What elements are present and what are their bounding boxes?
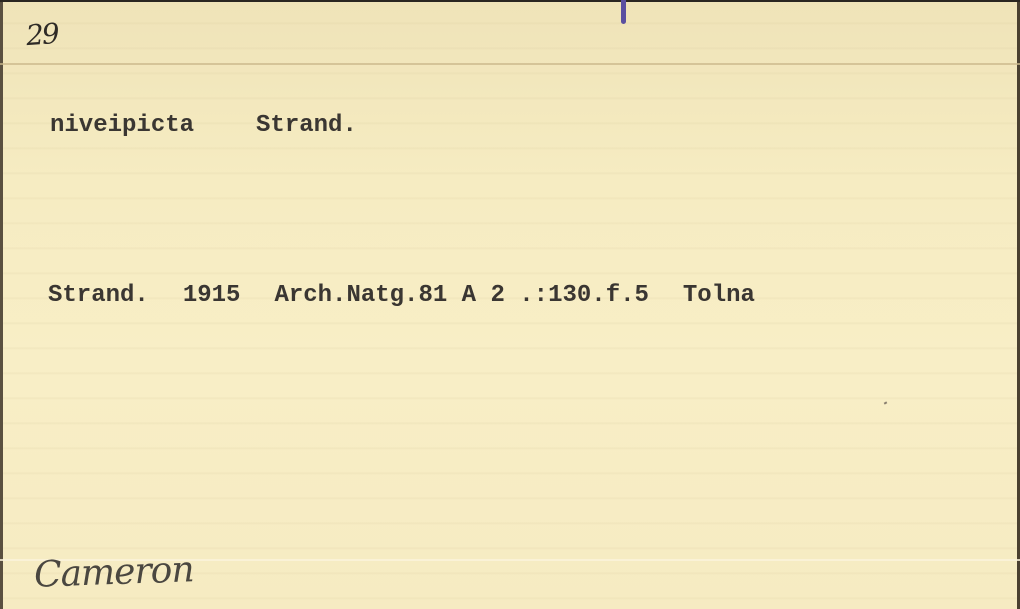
marker-tab xyxy=(621,0,626,24)
citation-author: Strand. xyxy=(48,282,149,309)
header-rule xyxy=(0,63,1020,65)
species-author: Strand. xyxy=(256,112,357,139)
citation-line: Strand.1915Arch.Natg.81 A 2 .:130.f.5Tol… xyxy=(48,282,755,309)
citation-year: 1915 xyxy=(183,282,241,309)
species-line: niveipictaStrand. xyxy=(50,112,357,139)
citation-journal: Arch.Natg.81 A 2 .:130.f.5 xyxy=(274,282,648,309)
collector-signature: Cameron xyxy=(33,549,194,596)
paper-speck xyxy=(884,401,888,404)
citation-locality: Tolna xyxy=(683,282,755,309)
species-name: niveipicta xyxy=(50,112,194,139)
card-number-handwritten: 29 xyxy=(25,17,59,52)
index-card: 29 niveipictaStrand. Strand.1915Arch.Nat… xyxy=(0,0,1020,609)
